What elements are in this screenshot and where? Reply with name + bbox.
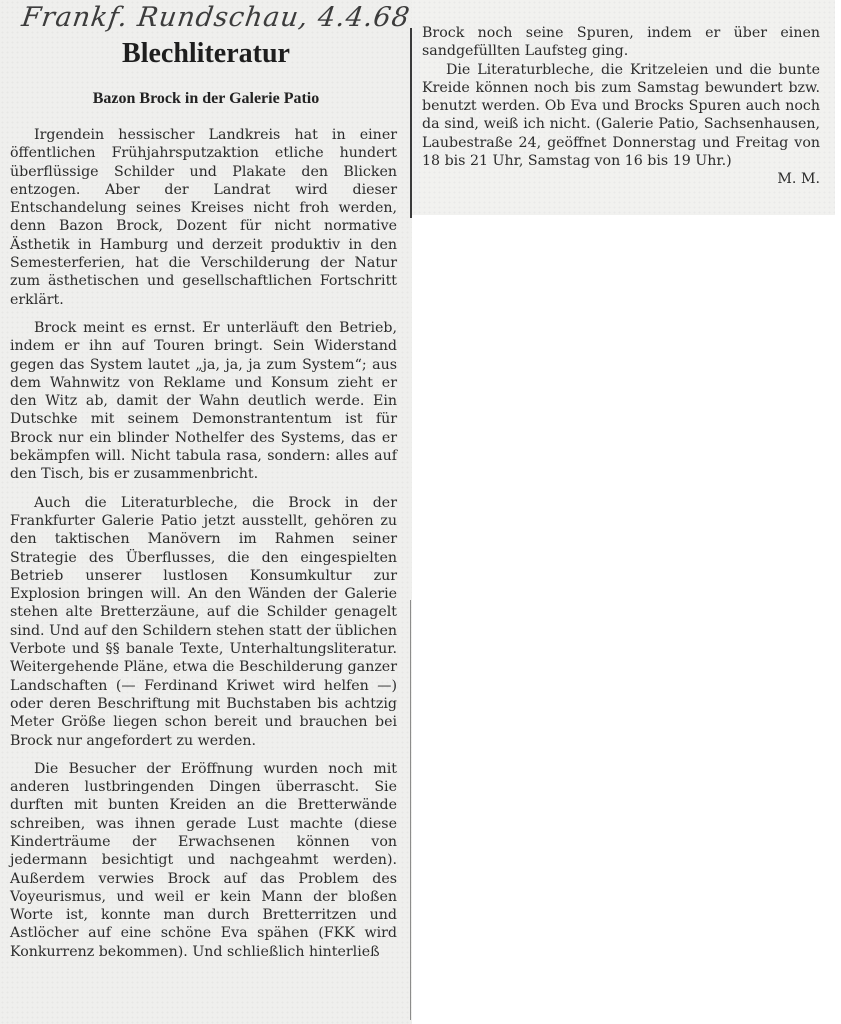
paragraph-4: Die Besucher der Eröffnung wurden noch m…	[10, 760, 397, 961]
paragraph-2: Brock meint es ernst. Er unterläuft den …	[10, 319, 397, 484]
paragraph-1: Irgendein hessischer Landkreis hat in ei…	[10, 126, 397, 309]
handwritten-source-note: Frankf. Rundschau, 4.4.68	[20, 2, 404, 33]
article-subheadline: Bazon Brock in der Galerie Patio	[0, 90, 412, 108]
article-column-right: Brock noch seine Spuren, indem er über e…	[422, 24, 820, 189]
column-rule-bottom	[410, 600, 411, 1020]
paragraph-6: Die Literaturbleche, die Kritzeleien und…	[422, 61, 820, 171]
author-signature: M. M.	[422, 170, 820, 188]
article-column-left: Irgendein hessischer Landkreis hat in ei…	[10, 126, 397, 971]
paragraph-5: Brock noch seine Spuren, indem er über e…	[422, 24, 820, 61]
paragraph-3: Auch die Literaturbleche, die Brock in d…	[10, 494, 397, 750]
article-headline: Blechliteratur	[0, 38, 412, 70]
